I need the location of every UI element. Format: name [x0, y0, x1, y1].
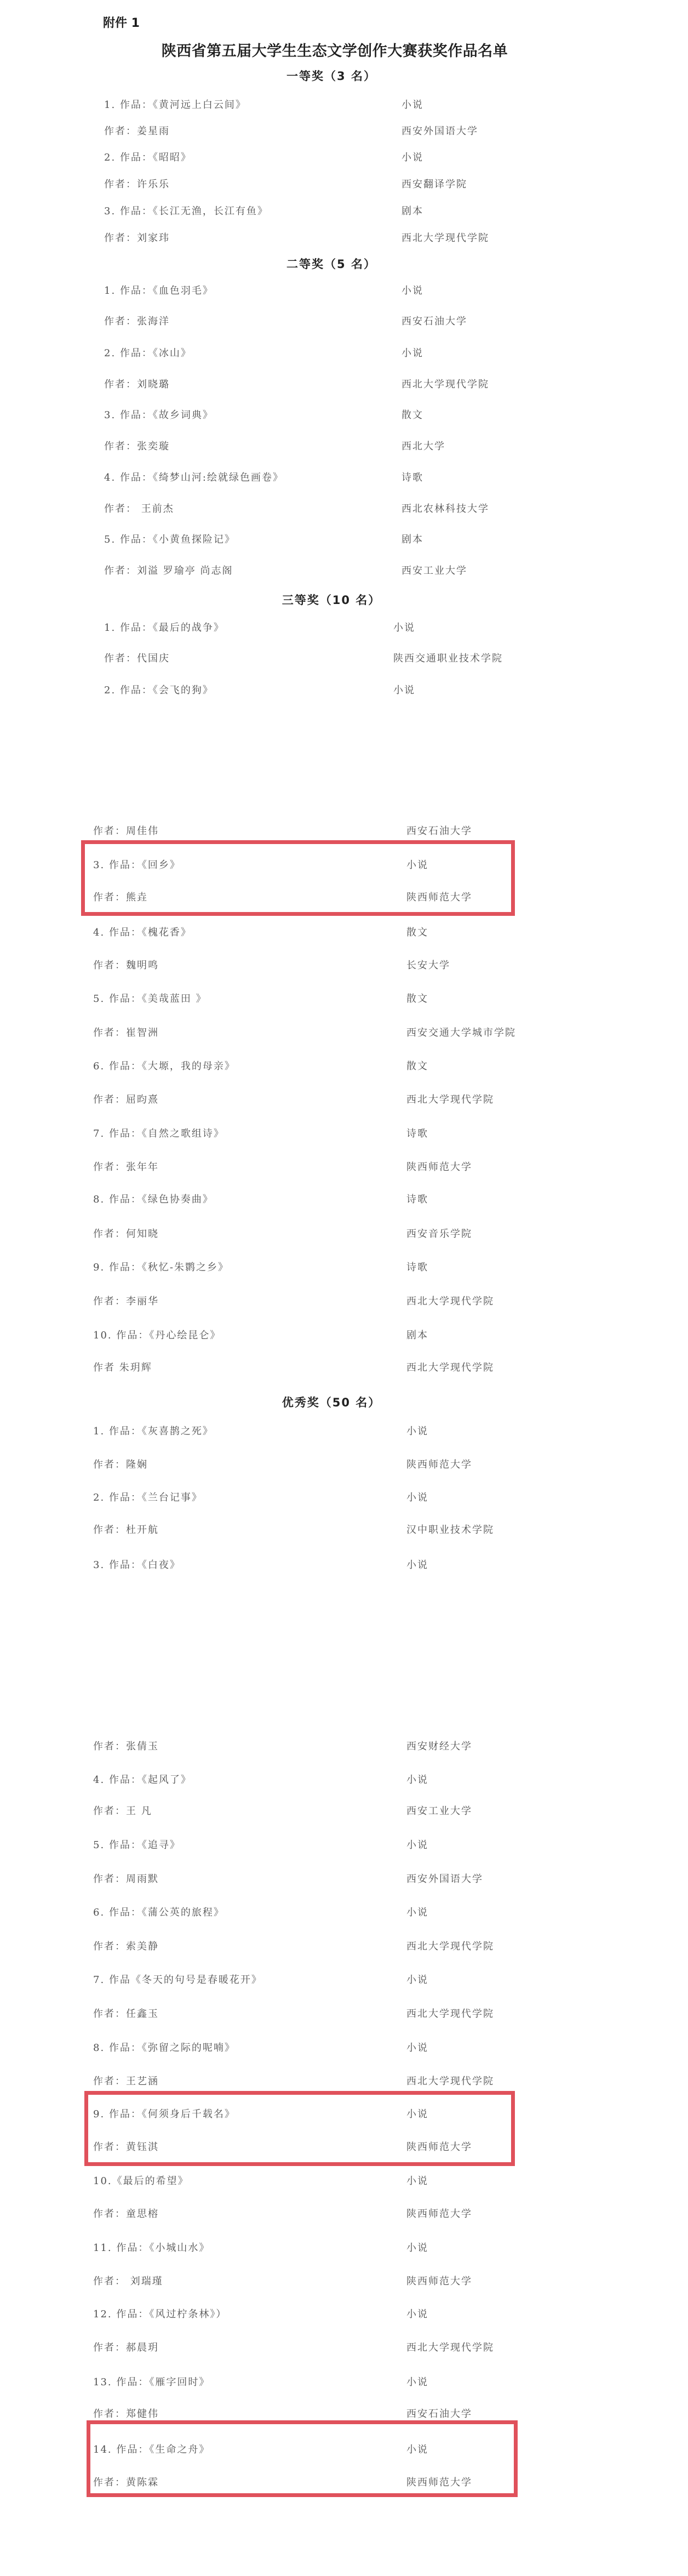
author-name: 作者：姜星雨 [104, 127, 170, 136]
work-title: 9. 作品：《秋忆-朱鹮之乡》 [93, 1263, 229, 1273]
author-school: 西安石油大学 [406, 2409, 472, 2419]
work-title: 2. 作品：《会飞的狗》 [104, 686, 214, 696]
author-name: 作者：许乐乐 [104, 180, 170, 190]
work-genre: 小说 [406, 1908, 428, 1918]
work-genre: 小说 [402, 153, 423, 163]
author-school: 西安工业大学 [406, 1806, 472, 1816]
author-name: 作者：郝晨玥 [93, 2343, 159, 2353]
author-name: 作者：任鑫玉 [93, 2009, 159, 2019]
author-name: 作者：童思榕 [93, 2209, 159, 2219]
author-school: 西安外国语大学 [406, 1874, 483, 1884]
work-title: 2. 作品：《冰山》 [104, 349, 192, 358]
work-genre: 诗歌 [406, 1129, 428, 1139]
author-school: 西北大学现代学院 [406, 1942, 494, 1952]
work-title: 1. 作品：《灰喜鹊之死》 [93, 1427, 214, 1437]
work-title: 10.《最后的希望》 [93, 2176, 189, 2186]
work-genre: 散文 [406, 994, 428, 1004]
author-school: 西北大学现代学院 [406, 2009, 494, 2019]
work-title: 13. 作品：《雁字回时》 [93, 2378, 210, 2387]
work-genre: 小说 [402, 349, 423, 358]
work-title: 11. 作品：《小城山水》 [93, 2243, 210, 2253]
highlight-box [84, 2091, 515, 2166]
work-genre: 诗歌 [406, 1263, 428, 1273]
author-school: 陕西师范大学 [406, 2209, 472, 2219]
work-title: 5. 作品：《美哉蓝田 》 [93, 994, 207, 1004]
author-name: 作者：刘家玮 [104, 233, 170, 243]
section-heading-third-prize: 三等奖（10 名） [0, 595, 663, 606]
work-genre: 散文 [406, 928, 428, 938]
work-genre: 散文 [406, 1062, 428, 1072]
work-genre: 小说 [406, 2243, 428, 2253]
author-school: 西安外国语大学 [402, 127, 478, 136]
work-title: 3. 作品：《故乡词典》 [104, 411, 214, 420]
author-name: 作者：王艺涵 [93, 2077, 159, 2087]
work-title: 5. 作品：《小黄鱼探险记》 [104, 535, 236, 545]
author-name: 作者：郑健伟 [93, 2409, 159, 2419]
work-genre: 小说 [406, 1775, 428, 1785]
author-name: 作者：王 凡 [93, 1806, 152, 1816]
document-title: 陕西省第五届大学生生态文学创作大赛获奖作品名单 [0, 44, 669, 59]
work-title: 4. 作品：《起风了》 [93, 1775, 192, 1785]
author-name: 作者：周佳伟 [93, 827, 159, 836]
work-title: 6. 作品：《大塬，我的母亲》 [93, 1062, 236, 1072]
highlight-box [87, 2420, 518, 2497]
work-genre: 小说 [393, 623, 415, 633]
author-name: 作者： 王前杰 [104, 504, 174, 514]
author-school: 西北农林科技大学 [402, 504, 489, 514]
author-name: 作者：张海洋 [104, 317, 170, 327]
work-genre: 小说 [406, 1840, 428, 1850]
author-name: 作者：索美静 [93, 1942, 159, 1952]
author-school: 西北大学现代学院 [406, 1095, 494, 1105]
author-name: 作者：刘溢 罗瑜亭 尚志阁 [104, 566, 233, 576]
work-genre: 小说 [406, 2378, 428, 2387]
author-school: 陕西师范大学 [406, 1460, 472, 1470]
author-school: 长安大学 [406, 961, 450, 971]
work-title: 7. 作品《冬天的句号是春暖花开》 [93, 1975, 262, 1985]
work-title: 1. 作品：《黄河远上白云间》 [104, 100, 246, 110]
author-school: 西安财经大学 [406, 1742, 472, 1752]
author-name: 作者：张奕璇 [104, 442, 170, 452]
author-name: 作者： 刘瑞瑾 [93, 2277, 163, 2287]
attachment-label: 附件 1 [103, 18, 140, 30]
author-name: 作者：杜开航 [93, 1525, 159, 1535]
author-school: 西北大学现代学院 [406, 1363, 494, 1373]
author-school: 西北大学现代学院 [402, 233, 489, 243]
work-title: 1. 作品：《最后的战争》 [104, 623, 225, 633]
author-name: 作者：何知晓 [93, 1229, 159, 1239]
author-name: 作者：隆娴 [93, 1460, 148, 1470]
work-title: 2. 作品：《昭昭》 [104, 153, 192, 163]
work-genre: 散文 [402, 411, 423, 420]
author-name: 作者 朱玥辉 [93, 1363, 152, 1373]
work-genre: 小说 [402, 286, 423, 296]
work-genre: 剧本 [402, 535, 423, 545]
author-school: 西安音乐学院 [406, 1229, 472, 1239]
work-genre: 小说 [406, 1975, 428, 1985]
work-genre: 小说 [406, 2043, 428, 2053]
work-title: 8. 作品：《弥留之际的呢喃》 [93, 2043, 236, 2053]
work-genre: 剧本 [402, 207, 423, 216]
work-title: 6. 作品：《蒲公英的旅程》 [93, 1908, 225, 1918]
author-school: 西北大学现代学院 [402, 380, 489, 390]
author-name: 作者：魏明鸣 [93, 961, 159, 971]
author-school: 陕西师范大学 [406, 1162, 472, 1172]
author-school: 陕西交通职业技术学院 [393, 654, 503, 664]
author-school: 西北大学现代学院 [406, 2077, 494, 2087]
work-title: 3. 作品：《白夜》 [93, 1560, 181, 1570]
section-heading-second-prize: 二等奖（5 名） [0, 259, 663, 270]
author-school: 西安交通大学城市学院 [406, 1028, 516, 1038]
work-genre: 小说 [393, 686, 415, 696]
author-school: 西安石油大学 [402, 317, 467, 327]
author-school: 汉中职业技术学院 [406, 1525, 494, 1535]
work-title: 10. 作品：《丹心绘昆仑》 [93, 1331, 221, 1341]
author-name: 作者：周雨默 [93, 1874, 159, 1884]
author-name: 作者：李丽华 [93, 1297, 159, 1307]
work-genre: 诗歌 [402, 473, 423, 483]
author-school: 西北大学现代学院 [406, 2343, 494, 2353]
highlight-box [81, 840, 515, 916]
author-name: 作者：刘晓璐 [104, 380, 170, 390]
work-genre: 小说 [406, 1560, 428, 1570]
author-name: 作者：代国庆 [104, 654, 170, 664]
work-title: 7. 作品：《自然之歌组诗》 [93, 1129, 225, 1139]
author-name: 作者：屈昀熹 [93, 1095, 159, 1105]
work-genre: 剧本 [406, 1331, 428, 1341]
author-school: 西安工业大学 [402, 566, 467, 576]
work-title: 1. 作品：《血色羽毛》 [104, 286, 214, 296]
work-title: 3. 作品：《长江无渔，长江有鱼》 [104, 207, 268, 216]
section-heading-first-prize: 一等奖（3 名） [0, 71, 663, 82]
work-genre: 诗歌 [406, 1195, 428, 1205]
author-name: 作者：崔智洲 [93, 1028, 159, 1038]
work-genre: 小说 [406, 1427, 428, 1437]
work-title: 5. 作品：《追寻》 [93, 1840, 181, 1850]
author-name: 作者：张年年 [93, 1162, 159, 1172]
work-genre: 小说 [406, 2176, 428, 2186]
author-school: 西北大学 [402, 442, 445, 452]
author-school: 西安翻译学院 [402, 180, 467, 190]
work-genre: 小说 [402, 100, 423, 110]
author-name: 作者：张倩玉 [93, 1742, 159, 1752]
work-title: 12. 作品：《风过柠条林》） [93, 2310, 227, 2319]
section-heading-excellence-prize: 优秀奖（50 名） [0, 1397, 663, 1409]
author-school: 西安石油大学 [406, 827, 472, 836]
work-title: 4. 作品：《槐花香》 [93, 928, 192, 938]
work-genre: 小说 [406, 2310, 428, 2319]
work-title: 2. 作品：《兰台记事》 [93, 1493, 203, 1503]
author-school: 西北大学现代学院 [406, 1297, 494, 1307]
work-genre: 小说 [406, 1493, 428, 1503]
work-title: 4. 作品：《绮梦山河:绘就绿色画卷》 [104, 473, 284, 483]
work-title: 8. 作品：《绿色协奏曲》 [93, 1195, 214, 1205]
author-school: 陕西师范大学 [406, 2277, 472, 2287]
